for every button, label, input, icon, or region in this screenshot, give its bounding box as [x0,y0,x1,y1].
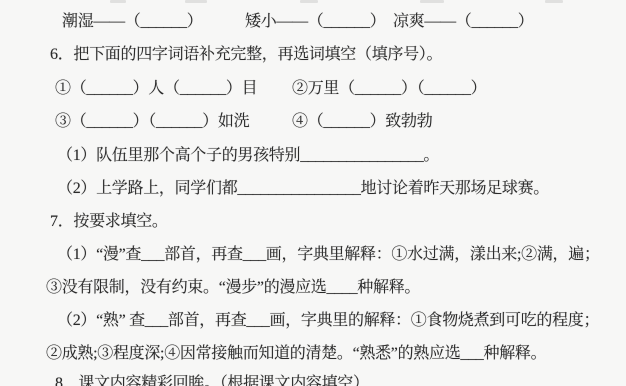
antonym-pair-liangshuang: 凉爽——（______） [393,12,533,32]
idiom-blank-1: ①（______）人（______）目 [55,79,257,99]
idiom-blank-3: ③（______）（______）如洗 [55,112,249,132]
antonym-pair-aixiao: 矮小——（______） [245,12,385,32]
idiom-blank-2: ②万里（______）（______） [292,79,486,99]
idiom-blank-4: ④（______）致勃勃 [292,112,432,132]
question-6-fill-blank-1: （1）队伍里那个高个子的男孩特别________________。 [57,146,439,166]
question-7-part1-line2: ③没有限制，没有约束。“漫步”的漫应选____种解释。 [46,278,420,298]
cropped-text-fragment [420,0,444,3]
cropped-text-fragment [110,0,126,3]
cropped-text-fragment [300,0,318,3]
worksheet-page: 潮湿——（______） 矮小——（______） 凉爽——（______） 6… [0,0,626,386]
antonym-pair-chaoshi: 潮湿——（______） [62,12,202,32]
question-7-part2-line2: ②成熟;③程度深;④因常接触而知道的清楚。“熟悉”的熟应选___种解释。 [46,344,546,364]
cropped-text-fragment [185,0,207,3]
cropped-text-fragment [545,0,563,3]
question-7-part1-line1: （1）“漫”查___部首，再查___画，字典里解释：①水过满，漾出来;②满，遍； [57,245,600,265]
question-6-fill-blank-2: （2）上学路上，同学们都________________地讨论着昨天那场足球赛。 [57,179,549,199]
question-8-title: 8．课文内容精彩回眸。（根据课文内容填空） [55,374,369,386]
question-6-title: 6．把下面的四字词语补充完整，再选词填空（填序号）。 [50,45,442,65]
question-7-part2-line1: （2）“熟” 查___部首，再查___画，字典里的解释：①食物烧煮到可吃的程度； [57,311,599,331]
question-7-title: 7．按要求填空。 [50,212,168,232]
